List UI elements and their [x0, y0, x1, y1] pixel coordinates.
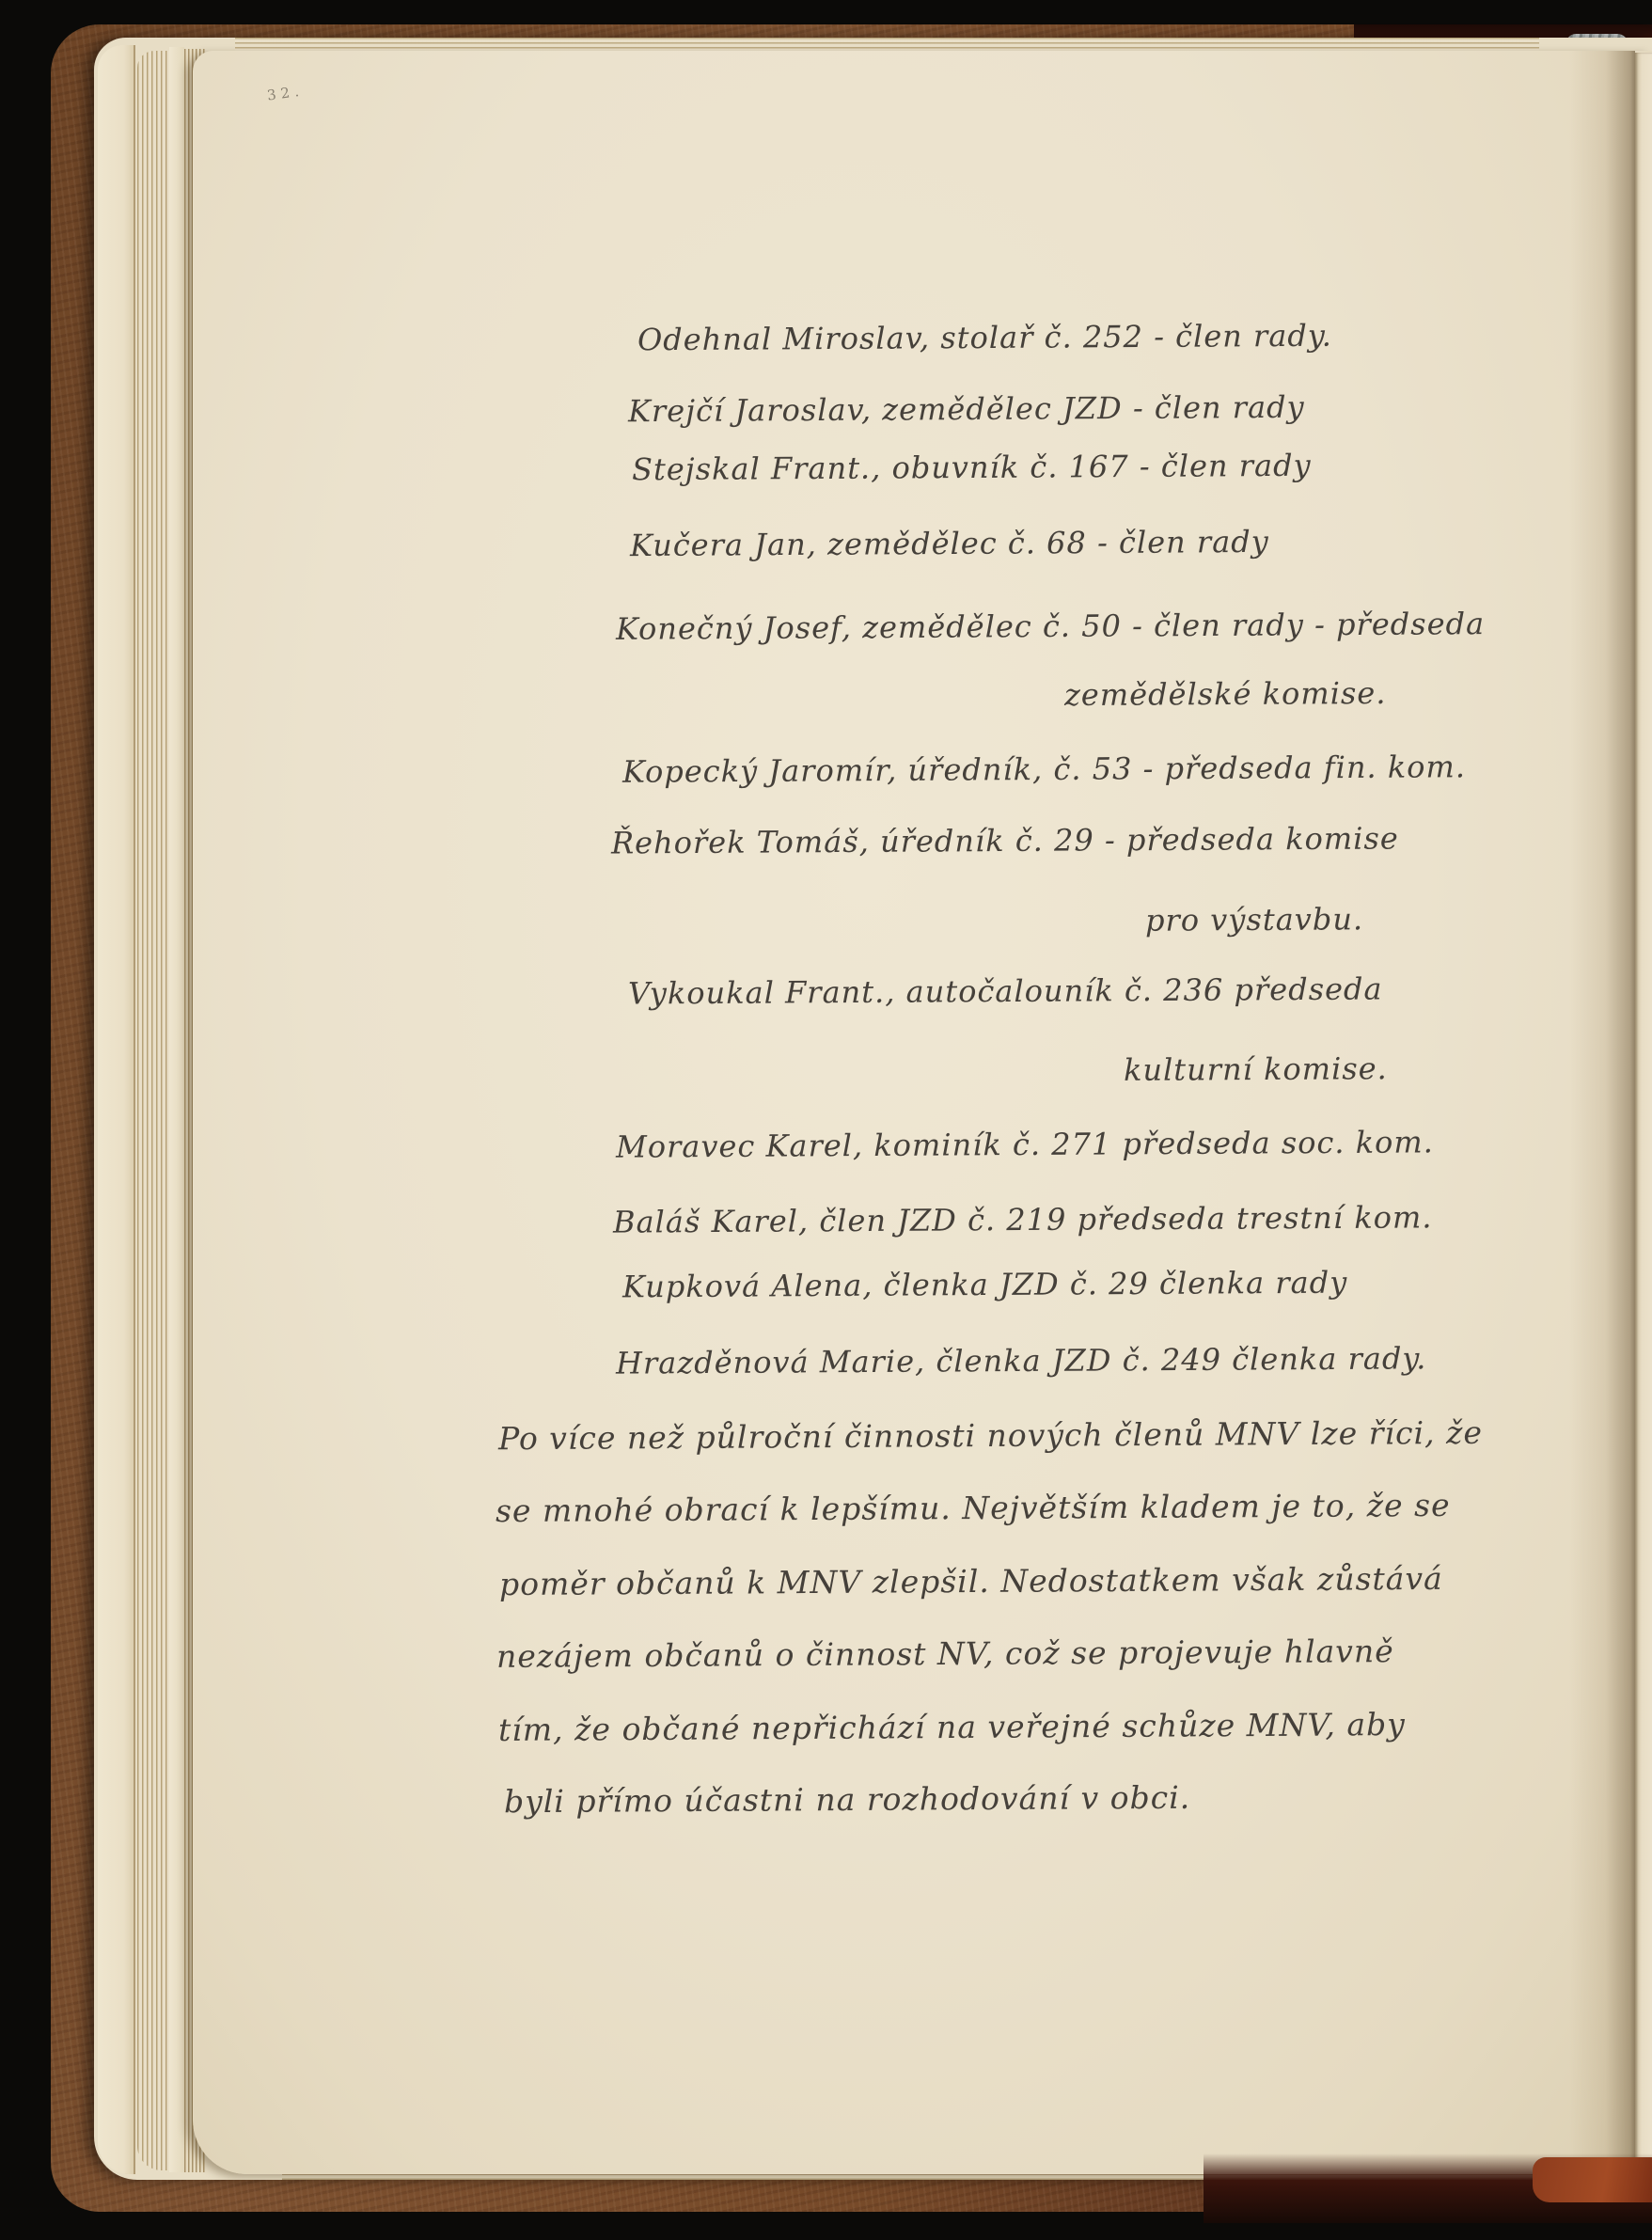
handwritten-line: Moravec Karel, kominík č. 271 předseda s…	[616, 1124, 1434, 1164]
handwritten-line: Konečný Josef, zemědělec č. 50 - člen ra…	[616, 606, 1485, 647]
handwritten-line: Vykoukal Frant., autočalouník č. 236 pře…	[628, 971, 1383, 1012]
handwritten-line: kulturní komise.	[1124, 1050, 1388, 1088]
handwritten-line: nezájem občanů o činnost NV, což se proj…	[496, 1633, 1394, 1675]
handwritten-line: Stejskal Frant., obuvník č. 167 - člen r…	[632, 448, 1312, 487]
handwritten-line: byli přímo účastni na rozhodování v obci…	[504, 1779, 1190, 1820]
handwritten-line: poměr občanů k MNV zlepšil. Nedostatkem …	[499, 1560, 1443, 1602]
handwritten-line: Kopecký Jaromír, úředník, č. 53 - předse…	[622, 749, 1466, 789]
handwritten-line: Kučera Jan, zemědělec č. 68 - člen rady	[630, 524, 1269, 563]
handwritten-line: Po více než půlroční činnosti nových čle…	[498, 1414, 1483, 1457]
handwritten-line: Hrazděnová Marie, členka JZD č. 249 člen…	[616, 1340, 1427, 1380]
page-number-mark: 32.	[266, 82, 305, 103]
handwritten-line: Řehořek Tomáš, úředník č. 29 - předseda …	[611, 820, 1399, 860]
handwritten-line: pro výstavbu.	[1145, 901, 1363, 938]
handwritten-line: Odehnal Miroslav, stolař č. 252 - člen r…	[637, 318, 1332, 358]
handwritten-line: Krejčí Jaroslav, zemědělec JZD - člen ra…	[628, 389, 1305, 429]
handwritten-line: Baláš Karel, člen JZD č. 219 předseda tr…	[613, 1199, 1433, 1239]
handwritten-line: se mnohé obrací k lepšímu. Největším kla…	[496, 1487, 1451, 1529]
handwritten-text: 32. Odehnal Miroslav, stolař č. 252 - čl…	[0, 0, 1652, 2240]
handwritten-line: tím, že občané nepřichází na veřejné sch…	[498, 1706, 1406, 1748]
handwritten-line: zemědělské komise.	[1064, 675, 1387, 713]
handwritten-line: Kupková Alena, členka JZD č. 29 členka r…	[622, 1265, 1347, 1305]
photograph-of-open-book: 32. Odehnal Miroslav, stolař č. 252 - čl…	[0, 0, 1652, 2240]
